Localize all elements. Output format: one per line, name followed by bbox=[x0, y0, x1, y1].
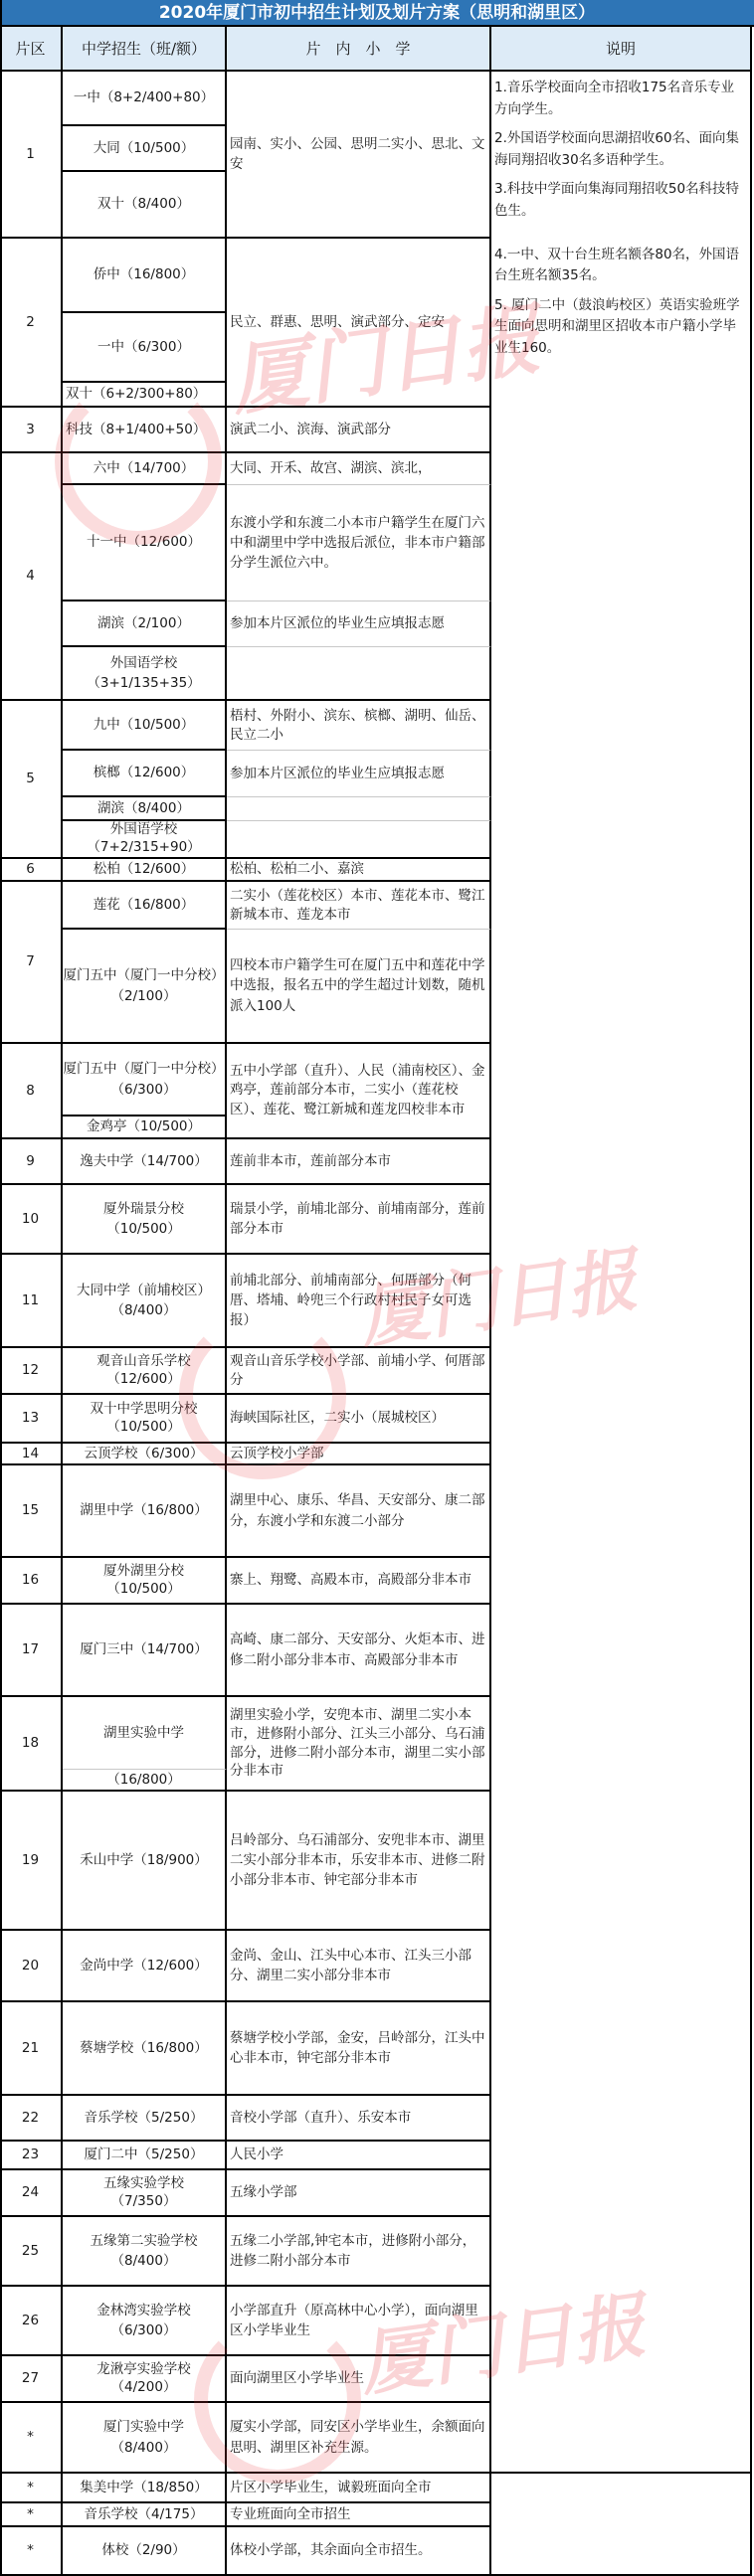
primary-cell: 专业班面向全市招生 bbox=[227, 2503, 491, 2527]
primary-cell: 前埔北部分、前埔南部分、何厝部分（何厝、塔埔、岭兜三个行政村村民子女可选报） bbox=[227, 1255, 491, 1348]
school-cell: 厦门二中（5/250） bbox=[63, 2142, 227, 2170]
zone-cell: 16 bbox=[0, 1558, 63, 1605]
school-cell: 逸夫中学（14/700） bbox=[63, 1139, 227, 1185]
primary-cell: 寨上、翔鹭、高殿本市，高殿部分非本市 bbox=[227, 1558, 491, 1605]
primary-cell: 二实小（莲花校区）本市、莲花本市、鹭江新城本市、莲龙本市 bbox=[227, 882, 491, 930]
primary-cell: 瑞景小学，前埔北部分、前埔南部分，莲前部分本市 bbox=[227, 1185, 491, 1255]
school-cell: 槟榔（12/600） bbox=[63, 751, 227, 797]
zone-cell: 21 bbox=[0, 2002, 63, 2096]
primary-cell: 吕岭部分、乌石浦部分、安兜非本市、湖里二实小部分非本市，乐安非本市、进修二附小部… bbox=[227, 1792, 491, 1931]
zone-cell: 23 bbox=[0, 2142, 63, 2170]
primary-cell: 五中小学部（直升）、人民（浦南校区）、金鸡亭，莲前部分本市，二实小（莲花校区）、… bbox=[227, 1044, 491, 1139]
zone-cell: 15 bbox=[0, 1465, 63, 1558]
school-cell: 厦门实验中学（8/400） bbox=[63, 2403, 227, 2474]
school-cell: 双十（6+2/300+80） bbox=[63, 383, 227, 408]
note-item: 2.外国语学校面向思湖招收60名、面向集海同翔招收30名多语种学生。 bbox=[494, 128, 747, 171]
primary-cell: 厦实小学部，同安区小学毕业生，余额面向思明、湖里区补充生源。 bbox=[227, 2403, 491, 2474]
school-cell: 集美中学（18/850） bbox=[63, 2474, 227, 2503]
school-cell: 大同（10/500） bbox=[63, 126, 227, 172]
primary-cell: 湖里中心、康乐、华昌、天安部分、康二部分，东渡小学和东渡二小部分 bbox=[227, 1465, 491, 1558]
school-cell: 音乐学校（5/250） bbox=[63, 2096, 227, 2142]
school-cell: 体校（2/90） bbox=[63, 2527, 227, 2576]
school-cell: 外国语学校（3+1/135+35） bbox=[63, 647, 227, 701]
zone-cell: 10 bbox=[0, 1185, 63, 1255]
primary-cell: 高崎、康二部分、天安部分、火炬本市、进修二附小部分非本市、高殿部分非本市 bbox=[227, 1605, 491, 1697]
zone-cell: 17 bbox=[0, 1605, 63, 1697]
school-cell: 蔡塘学校（16/800） bbox=[63, 2002, 227, 2096]
school-cell: 金林湾实验学校（6/300） bbox=[63, 2287, 227, 2356]
zone-cell: 7 bbox=[0, 882, 63, 1044]
primary-cell: 观音山音乐学校小学部、前埔小学、何厝部分 bbox=[227, 1348, 491, 1395]
zone-cell: 27 bbox=[0, 2356, 63, 2403]
zone-cell: 12 bbox=[0, 1348, 63, 1395]
note-item: 5. 厦门二中（鼓浪屿校区）英语实验班学生面向思明和湖里区招收本市户籍小学毕业生… bbox=[494, 295, 747, 360]
primary-cell: 园南、实小、公园、思明二实小、思北、文安 bbox=[227, 72, 491, 239]
primary-cell: 松柏、松柏二小、嘉滨 bbox=[227, 859, 491, 882]
primary-cell: 民立、群惠、思明、演武部分、定安 bbox=[227, 239, 491, 408]
zone-cell: 9 bbox=[0, 1139, 63, 1185]
school-cell: 音乐学校（4/175） bbox=[63, 2503, 227, 2527]
primary-cell: 五缘小学部 bbox=[227, 2170, 491, 2217]
primary-cell: 演武二小、滨海、演武部分 bbox=[227, 408, 491, 453]
notes-cell-empty bbox=[491, 2474, 752, 2576]
school-cell: 厦外湖里分校（10/500） bbox=[63, 1558, 227, 1605]
school-cell: 十一中（12/600） bbox=[63, 485, 227, 601]
school-cell: 厦门五中（厦门一中分校）（6/300） bbox=[63, 1044, 227, 1116]
primary-cell bbox=[227, 821, 491, 859]
zone-cell: 24 bbox=[0, 2170, 63, 2217]
school-cell: 金尚中学（12/600） bbox=[63, 1931, 227, 2002]
note-item: 3.科技中学面向集海同翔招收50名科技特色生。 bbox=[494, 179, 747, 222]
primary-cell: 湖里实验小学，安兜本市、湖里二实小本市，进修附小部分、江头三小部分、乌石浦部分，… bbox=[227, 1697, 491, 1792]
zone-cell: 25 bbox=[0, 2217, 63, 2287]
header-primary-schools: 片 内 小 学 bbox=[227, 27, 491, 72]
primary-cell: 梧村、外附小、滨东、槟榔、湖明、仙岳、民立二小 bbox=[227, 701, 491, 751]
primary-cell: 小学部直升（原高林中心小学），面向湖里区小学毕业生 bbox=[227, 2287, 491, 2356]
primary-cell bbox=[227, 647, 491, 701]
note-item: 1.音乐学校面向全市招收175名音乐专业方向学生。 bbox=[494, 78, 747, 120]
school-cell: 大同中学（前埔校区）（8/400） bbox=[63, 1255, 227, 1348]
school-cell: 湖滨（8/400） bbox=[63, 797, 227, 821]
school-cell: 一中（6/300） bbox=[63, 313, 227, 383]
note-item: 4.一中、双十台生班名额各80名，外国语台生班名额35名。 bbox=[494, 245, 747, 287]
zone-cell: 19 bbox=[0, 1792, 63, 1931]
header-zone: 片区 bbox=[0, 27, 63, 72]
school-cell: 一中（8+2/400+80） bbox=[63, 72, 227, 126]
primary-cell: 参加本片区派位的毕业生应填报志愿 bbox=[227, 751, 491, 797]
school-cell: 厦门三中（14/700） bbox=[63, 1605, 227, 1697]
zone-cell: 26 bbox=[0, 2287, 63, 2356]
primary-cell: 莲前非本市，莲前部分本市 bbox=[227, 1139, 491, 1185]
primary-cell: 大同、开禾、故宫、湖滨、滨北， bbox=[227, 453, 491, 485]
school-cell: （16/800） bbox=[63, 1770, 227, 1792]
school-cell: 双十（8/400） bbox=[63, 172, 227, 239]
school-cell: 湖滨（2/100） bbox=[63, 601, 227, 647]
zone-cell: 6 bbox=[0, 859, 63, 882]
school-cell: 湖里中学（16/800） bbox=[63, 1465, 227, 1558]
primary-cell: 蔡塘学校小学部，金安，吕岭部分，江头中心非本市，钟宅部分非本市 bbox=[227, 2002, 491, 2096]
school-cell: 六中（14/700） bbox=[63, 453, 227, 485]
school-cell: 金鸡亭（10/500） bbox=[63, 1116, 227, 1139]
zone-cell: 22 bbox=[0, 2096, 63, 2142]
zone-cell: 20 bbox=[0, 1931, 63, 2002]
school-cell: 科技（8+1/400+50） bbox=[63, 408, 227, 453]
primary-cell: 海峡国际社区，二实小（展城校区） bbox=[227, 1395, 491, 1444]
zone-cell: * bbox=[0, 2403, 63, 2474]
zone-cell: 4 bbox=[0, 453, 63, 701]
school-cell: 云顶学校（6/300） bbox=[63, 1444, 227, 1465]
primary-cell: 云顶学校小学部 bbox=[227, 1444, 491, 1465]
primary-cell: 体校小学部，其余面向全市招生。 bbox=[227, 2527, 491, 2576]
zone-cell: 11 bbox=[0, 1255, 63, 1348]
primary-cell: 金尚、金山、江头中心本市、江头三小部分、湖里二实小部分非本市 bbox=[227, 1931, 491, 2002]
school-cell: 九中（10/500） bbox=[63, 701, 227, 751]
zone-cell: 14 bbox=[0, 1444, 63, 1465]
zone-cell: 8 bbox=[0, 1044, 63, 1139]
school-cell: 厦门五中（厦门一中分校）（2/100） bbox=[63, 930, 227, 1044]
page-title: 2020年厦门市初中招生计划及划片方案（思明和湖里区） bbox=[0, 0, 754, 27]
school-cell: 莲花（16/800） bbox=[63, 882, 227, 930]
zone-cell: 3 bbox=[0, 408, 63, 453]
school-cell: 外国语学校（7+2/315+90） bbox=[63, 821, 227, 859]
school-cell: 龙湫亭实验学校（4/200） bbox=[63, 2356, 227, 2403]
zone-cell: 2 bbox=[0, 239, 63, 408]
zone-cell: 18 bbox=[0, 1697, 63, 1792]
primary-cell: 片区小学毕业生，诚毅班面向全市 bbox=[227, 2474, 491, 2503]
zone-cell: * bbox=[0, 2503, 63, 2527]
school-cell: 禾山中学（18/900） bbox=[63, 1792, 227, 1931]
header-middle-school: 中学招生（班/额） bbox=[63, 27, 227, 72]
zone-cell: * bbox=[0, 2527, 63, 2576]
school-cell: 侨中（16/800） bbox=[63, 239, 227, 313]
primary-cell: 五缘二小学部,钟宅本市，进修附小部分，进修二附小部分本市 bbox=[227, 2217, 491, 2287]
school-cell: 湖里实验中学 bbox=[63, 1697, 227, 1770]
zone-cell: 13 bbox=[0, 1395, 63, 1444]
notes-cell: 1.音乐学校面向全市招收175名音乐专业方向学生。 2.外国语学校面向思湖招收6… bbox=[491, 72, 752, 2474]
zone-cell: 1 bbox=[0, 72, 63, 239]
primary-cell: 音校小学部（直升）、乐安本市 bbox=[227, 2096, 491, 2142]
school-cell: 五缘第二实验学校（8/400） bbox=[63, 2217, 227, 2287]
zone-cell: * bbox=[0, 2474, 63, 2503]
zone-cell: 5 bbox=[0, 701, 63, 859]
primary-cell bbox=[227, 797, 491, 821]
header-notes: 说明 bbox=[491, 27, 752, 72]
school-cell: 松柏（12/600） bbox=[63, 859, 227, 882]
primary-cell: 参加本片区派位的毕业生应填报志愿 bbox=[227, 601, 491, 647]
school-cell: 五缘实验学校（7/350） bbox=[63, 2170, 227, 2217]
primary-cell: 人民小学 bbox=[227, 2142, 491, 2170]
school-cell: 双十中学思明分校（10/500） bbox=[63, 1395, 227, 1444]
primary-cell: 面向湖里区小学毕业生 bbox=[227, 2356, 491, 2403]
school-cell: 观音山音乐学校（12/600） bbox=[63, 1348, 227, 1395]
school-cell: 厦外瑞景分校（10/500） bbox=[63, 1185, 227, 1255]
primary-cell: 东渡小学和东渡二小本市户籍学生在厦门六中和湖里中学中选报后派位，非本市户籍部分学… bbox=[227, 485, 491, 601]
primary-cell: 四校本市户籍学生可在厦门五中和莲花中学中选报，报名五中的学生超过计划数，随机派入… bbox=[227, 930, 491, 1044]
